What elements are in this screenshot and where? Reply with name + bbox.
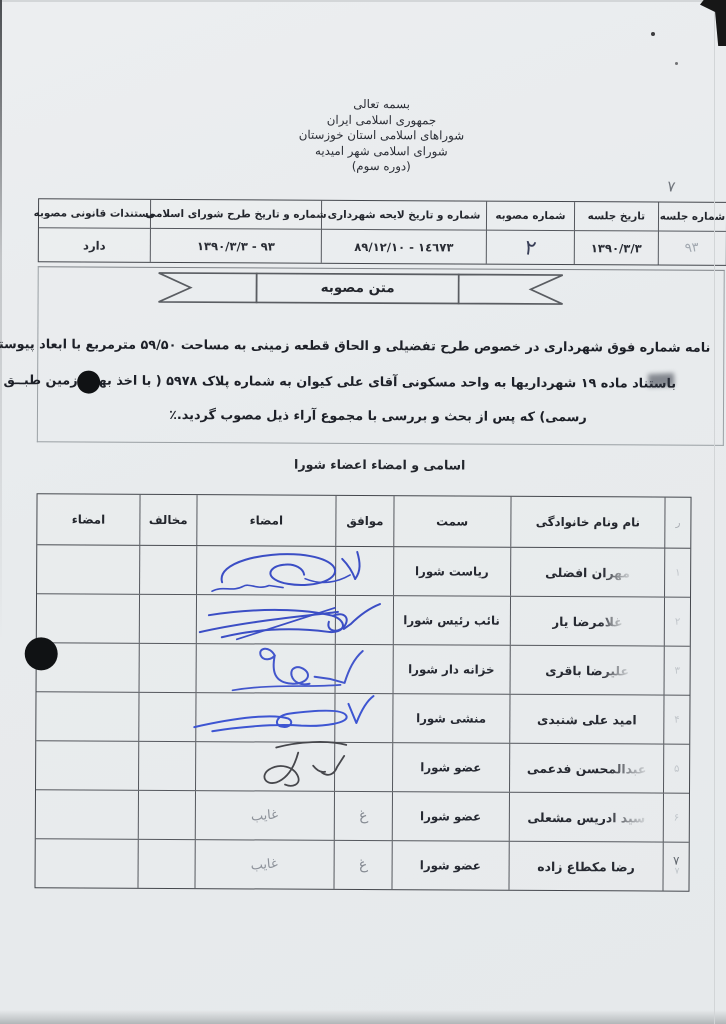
col-legal-documentation: مستندات قانونی مصوبه دارد	[39, 199, 150, 262]
value-session-number: ۹۳	[685, 240, 700, 256]
resolution-line-3: رسمی) که پس از بحث و بررسی با مجموع آراء…	[46, 399, 710, 434]
member-name: سید ادریس مشعلی	[527, 809, 645, 825]
row-number: ۳	[675, 665, 680, 676]
member-name: امید علی شنبدی	[537, 711, 637, 727]
scan-edge-top	[0, 0, 726, 2]
resolution-line-2: باستناد ماده ۱۹ شهرداریها به واحد مسکونی…	[46, 363, 710, 402]
row-number: ۴	[674, 714, 679, 725]
vote-mark: غ	[358, 856, 369, 873]
members-section-title: اسامی و امضاء اعضاء شورا	[60, 455, 700, 473]
member-name: رضا مکطاع زاده	[537, 858, 635, 874]
member-position: منشی شورا	[416, 711, 486, 725]
member-position: ریاست شورا	[415, 564, 489, 578]
member-position: عضو شورا	[420, 760, 481, 774]
member-name: عبدالمحسن فدعمی	[527, 760, 647, 776]
oppose-cell	[138, 742, 195, 790]
value-municipality-bill: ١٤٦٧٣ - ٨٩/١٢/١٠	[322, 230, 486, 264]
signature2-cell	[36, 839, 138, 888]
member-position: عضو شورا	[420, 858, 481, 872]
members-table: ر نام ونام خانوادگی سمت موافق امضاء مخال…	[34, 493, 691, 891]
header-legal-documentation: مستندات قانونی مصوبه	[39, 199, 150, 229]
row-number: ۱	[675, 567, 680, 578]
member-name: مهران افضلی	[545, 564, 630, 579]
signature2-cell	[37, 594, 139, 643]
value-session-date: ۱۳۹۰/۳/۳	[575, 231, 658, 264]
value-resolution-number: ۲	[523, 235, 538, 261]
header-agree: موافق	[336, 496, 394, 546]
scan-edge-bottom	[0, 1010, 726, 1024]
member-row-4: ۴ امید علی شنبدی منشی شورا	[36, 692, 689, 744]
resolution-text: نامه شماره فوق شهرداری در خصوص طرح تفضیل…	[46, 327, 711, 434]
members-header-row: ر نام ونام خانوادگی سمت موافق امضاء مخال…	[37, 494, 690, 548]
header-signature: امضاء	[196, 495, 336, 546]
signature2-cell	[36, 692, 138, 741]
document-content: بسمه تعالی جمهوری اسلامی ایران شوراهای ا…	[0, 0, 726, 1024]
header-session-date: تاریخ جلسه	[575, 202, 658, 231]
oppose-cell	[138, 840, 195, 888]
header-full-name: نام ونام خانوادگی	[510, 497, 665, 548]
col-session-number: شماره جلسه ۹۳	[658, 203, 726, 265]
oppose-cell	[139, 595, 196, 643]
row-number: ۷ ۷	[673, 856, 680, 878]
oppose-cell	[139, 644, 196, 692]
oppose-cell	[138, 791, 195, 839]
member-row-2: ۲ غلامرضا یار نائب رئیس شورا	[37, 594, 690, 646]
ink-smudge	[648, 373, 675, 387]
header-session-number: شماره جلسه	[659, 203, 726, 232]
hole-punch-mark	[77, 371, 100, 394]
signature-note: غایب	[251, 807, 279, 824]
member-position: خزانه دار شورا	[408, 662, 494, 676]
member-name: غلامرضا یار	[552, 613, 623, 628]
value-legal-documentation: دارد	[39, 228, 150, 262]
header-resolution-number: شماره مصوبه	[487, 202, 574, 231]
handwritten-page-mark: ۷	[666, 177, 676, 196]
scan-speck	[651, 32, 655, 36]
resolution-line-1: نامه شماره فوق شهرداری در خصوص طرح تفضیل…	[46, 327, 710, 366]
row-number: ۵	[674, 763, 679, 774]
member-name: علیرضا باقری	[545, 662, 629, 677]
member-row-5: ۵ عبدالمحسن فدعمی عضو شورا	[36, 741, 689, 793]
col-council-plan: شماره و تاریخ طرح شورای اسلامی ۹۳ - ۱۳۹۰…	[150, 200, 321, 263]
signature-note: غایب	[250, 856, 278, 873]
value-council-plan: ۹۳ - ۱۳۹۰/۳/۳	[151, 229, 321, 263]
member-row-6: ۶ سید ادریس مشعلی عضو شورا غ غایب	[36, 790, 689, 842]
scan-edge-left	[0, 0, 2, 640]
vote-mark: غ	[358, 807, 369, 824]
signature2-cell	[36, 741, 138, 790]
oppose-cell	[139, 546, 196, 594]
header-council-plan: شماره و تاریخ طرح شورای اسلامی	[151, 200, 321, 230]
paper-crease	[714, 0, 715, 1024]
member-row-7: ۷ ۷ رضا مکطاع زاده عضو شورا غ غایب	[35, 839, 688, 890]
header-oppose: مخالف	[139, 495, 196, 545]
scan-speck	[675, 62, 678, 65]
hole-punch-mark	[25, 637, 58, 670]
letterhead: بسمه تعالی جمهوری اسلامی ایران شوراهای ا…	[101, 96, 661, 177]
resolution-info-table: شماره جلسه ۹۳ تاریخ جلسه ۱۳۹۰/۳/۳ شماره …	[38, 198, 726, 266]
oppose-cell	[138, 693, 195, 741]
header-row-number: ر	[665, 498, 691, 548]
member-position: عضو شورا	[420, 809, 481, 823]
header-position: سمت	[393, 496, 510, 547]
col-resolution-number: شماره مصوبه ۲	[486, 202, 574, 264]
row-number: ۶	[674, 812, 679, 823]
signature2-cell	[36, 790, 138, 839]
signature2-cell	[37, 545, 139, 594]
member-row-3: ۳ علیرضا باقری خزانه دار شورا	[37, 643, 690, 695]
header-signature-2: امضاء	[37, 494, 139, 545]
banner-title: متن مصوبه	[257, 272, 459, 303]
letterhead-line-term: (دوره سوم)	[101, 158, 661, 177]
col-municipality-bill: شماره و تاریخ لایحه شهرداری ١٤٦٧٣ - ٨٩/١…	[321, 201, 486, 264]
header-municipality-bill: شماره و تاریخ لایحه شهرداری	[322, 201, 486, 231]
scanned-document-page: بسمه تعالی جمهوری اسلامی ایران شوراهای ا…	[0, 0, 726, 1024]
member-position: نائب رئیس شورا	[403, 613, 500, 628]
col-session-date: تاریخ جلسه ۱۳۹۰/۳/۳	[574, 202, 658, 264]
member-row-1: ۱ مهران افضلی ریاست شورا	[37, 545, 690, 597]
row-number: ۲	[675, 616, 680, 627]
